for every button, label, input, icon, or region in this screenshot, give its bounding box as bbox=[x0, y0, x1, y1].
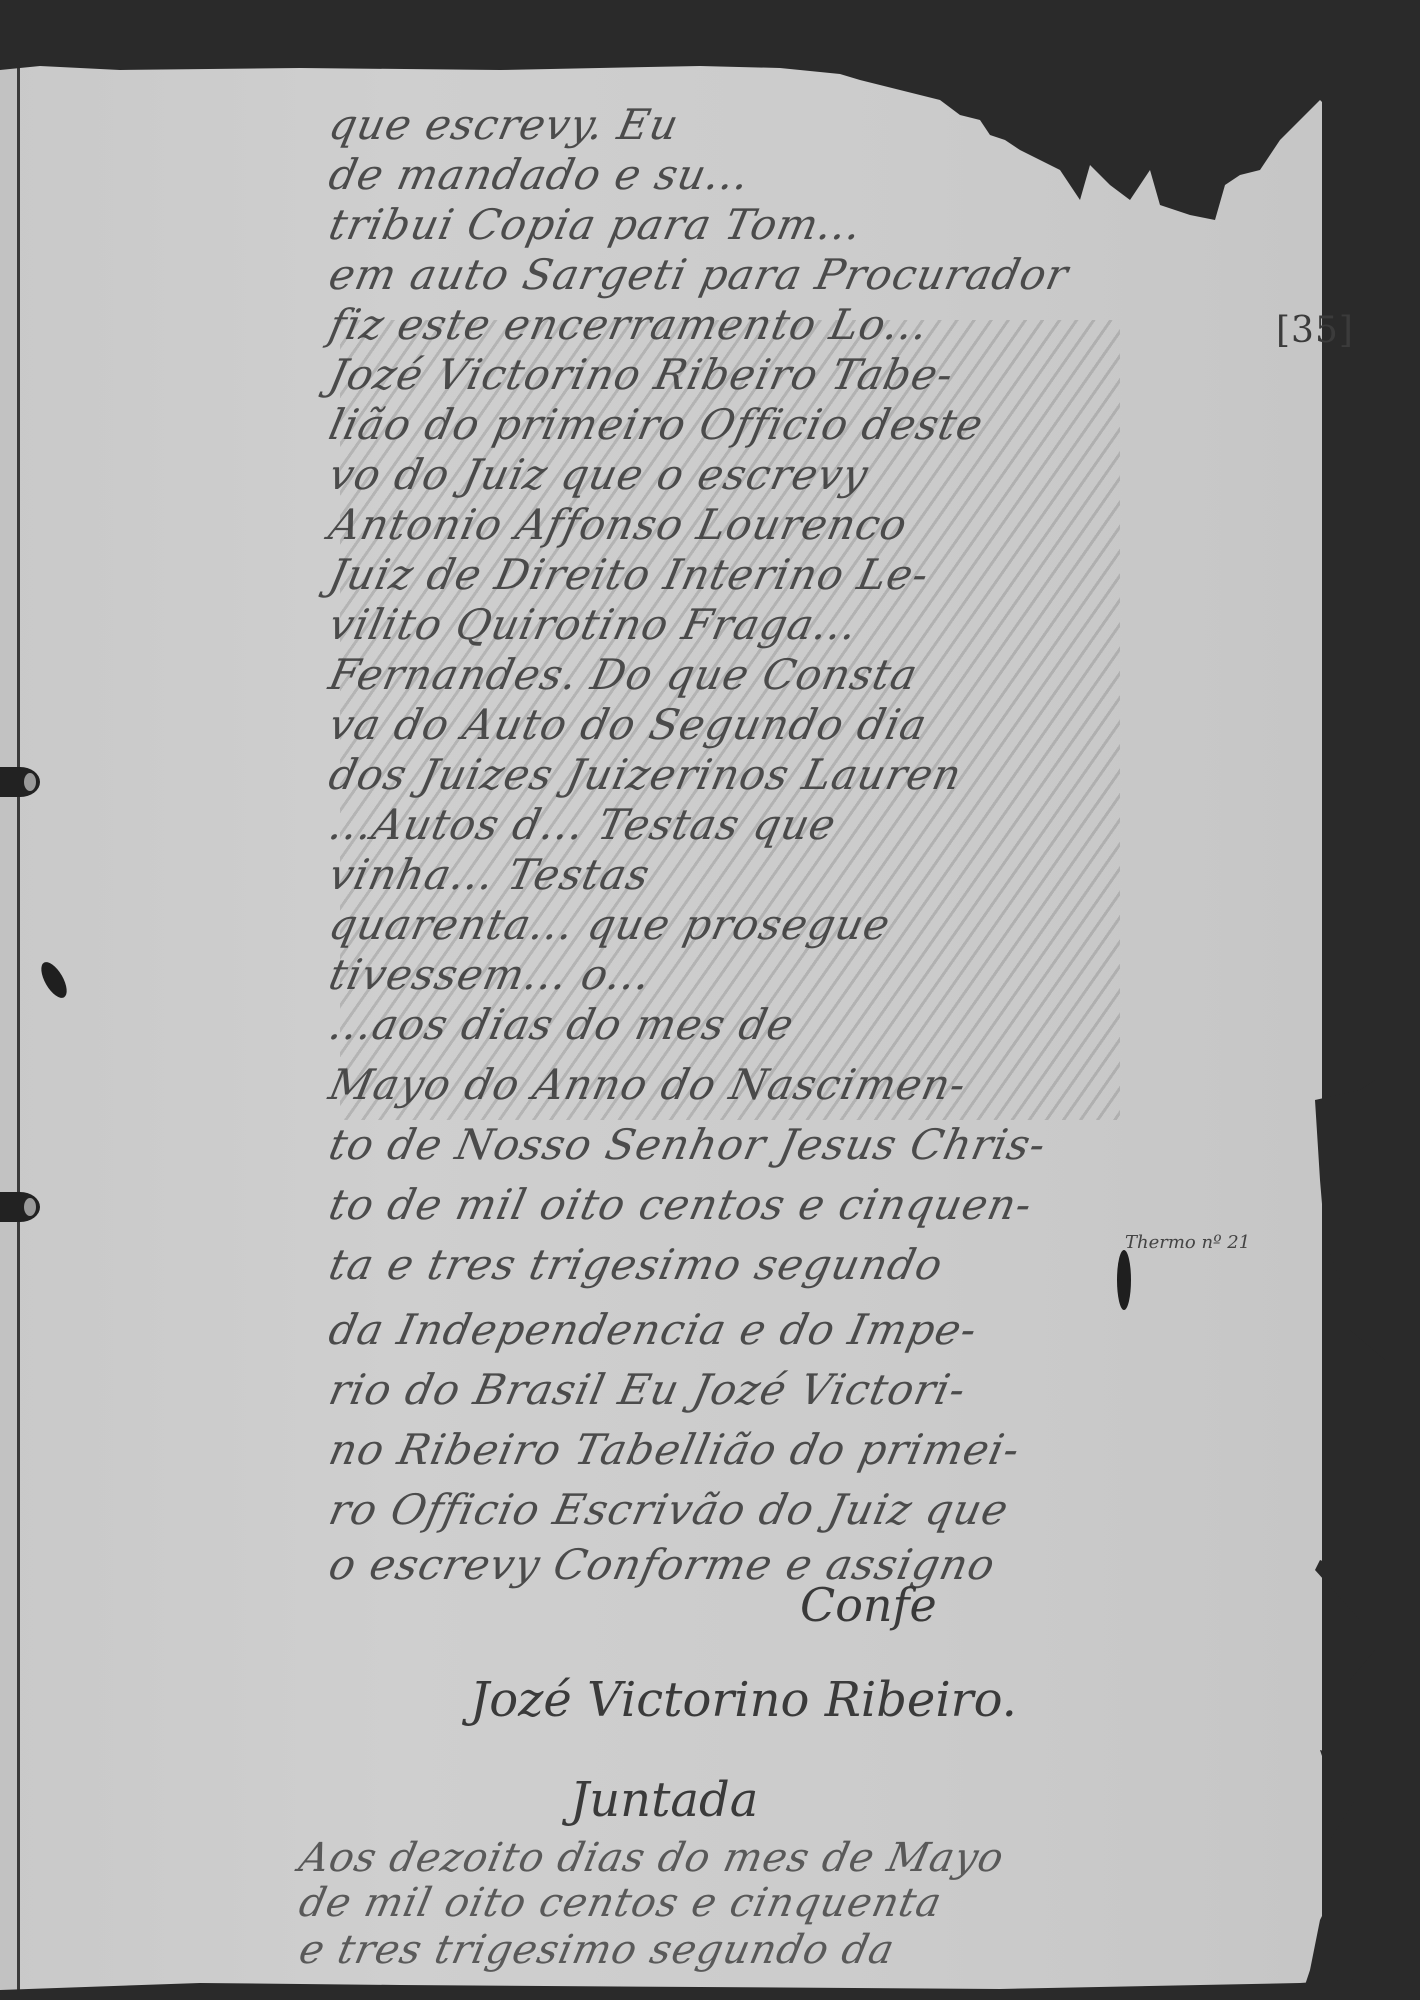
text-line: e tres trigesimo segundo da bbox=[295, 1927, 899, 1973]
text-line: vinha... Testas bbox=[325, 850, 655, 899]
binding-line bbox=[17, 60, 20, 2000]
text-line: Mayo do Anno do Nascimen- bbox=[325, 1060, 971, 1109]
text-line: dos Juizes Juizerinos Lauren bbox=[325, 750, 967, 799]
text-line: de mil oito centos e cinquenta bbox=[295, 1880, 946, 1926]
folio-number: [35] bbox=[1276, 310, 1354, 351]
text-line: Juiz de Direito Interino Le- bbox=[325, 550, 934, 599]
text-line: Fernandes. Do que Consta bbox=[325, 650, 923, 699]
text-line: ro Officio Escrivão do Juiz que bbox=[325, 1485, 1013, 1534]
punch-hole bbox=[0, 767, 40, 797]
text-line: em auto Sargeti para Procurador bbox=[325, 250, 1073, 299]
torn-right-edge bbox=[1220, 0, 1420, 2000]
margin-note: Thermo nº 21 bbox=[1125, 1232, 1250, 1253]
text-line: to de mil oito centos e cinquen- bbox=[325, 1180, 1037, 1229]
text-line: ta e tres trigesimo segundo bbox=[325, 1240, 948, 1289]
text-line: no Ribeiro Tabellião do primei- bbox=[325, 1425, 1025, 1474]
text-line: de mandado e su... bbox=[325, 150, 755, 199]
torn-bottom-edge bbox=[0, 1975, 1420, 2000]
signature: Jozé Victorino Ribeiro. bbox=[470, 1672, 1017, 1728]
text-line: vo do Juiz que o escrevy bbox=[325, 450, 873, 499]
closing-word: Confe bbox=[800, 1578, 937, 1632]
text-line: da Independencia e do Impe- bbox=[325, 1305, 982, 1354]
text-line: quarenta... que prosegue bbox=[325, 900, 895, 949]
text-line: to de Nosso Senhor Jesus Chris- bbox=[325, 1120, 1051, 1169]
text-line: ...Autos d... Testas que bbox=[325, 800, 841, 849]
ink-stain bbox=[1117, 1250, 1131, 1310]
text-line: Antonio Affonso Lourenco bbox=[325, 500, 912, 549]
text-line: que escrevy. Eu bbox=[325, 100, 684, 149]
text-line: tivessem... o... bbox=[325, 950, 656, 999]
text-line: va do Auto do Segundo dia bbox=[325, 700, 932, 749]
text-line: Aos dezoito dias do mes de Mayo bbox=[295, 1835, 1008, 1881]
text-line: ...aos dias do mes de bbox=[325, 1000, 799, 1049]
text-line: fiz este encerramento Lo... bbox=[325, 300, 934, 349]
left-margin-strip bbox=[0, 66, 17, 2000]
section-heading: Juntada bbox=[570, 1772, 758, 1828]
text-line: vilito Quirotino Fraga... bbox=[325, 600, 862, 649]
text-line: lião do primeiro Officio deste bbox=[325, 400, 988, 449]
text-line: Jozé Victorino Ribeiro Tabe- bbox=[325, 350, 958, 399]
text-line: rio do Brasil Eu Jozé Victori- bbox=[325, 1365, 971, 1414]
punch-hole bbox=[0, 1192, 40, 1222]
text-line: tribui Copia para Tom... bbox=[325, 200, 867, 249]
